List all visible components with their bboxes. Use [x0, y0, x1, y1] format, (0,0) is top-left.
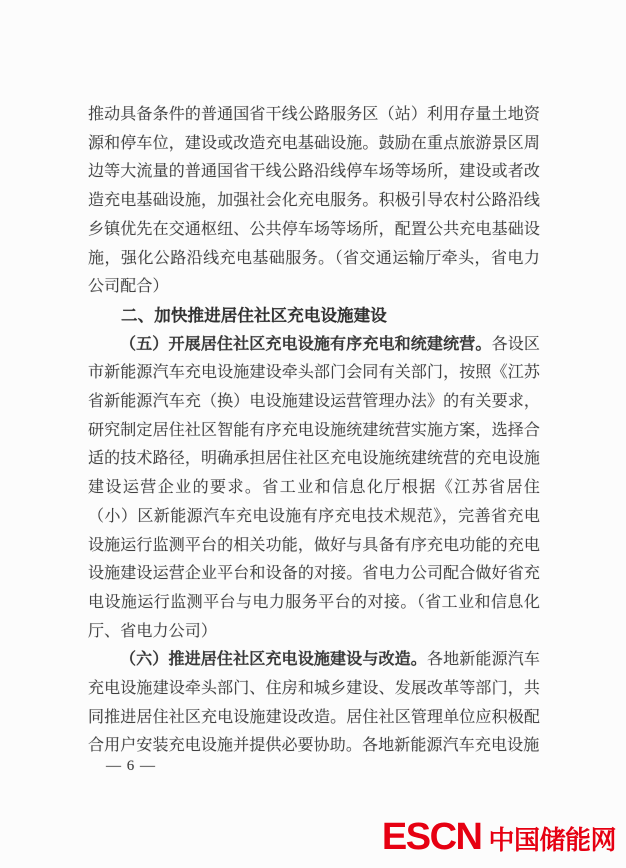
- page-number: — 6 —: [106, 756, 156, 776]
- paragraph-item-six-lead: （六）推进居住社区充电设施建设与改造。: [120, 651, 427, 668]
- paragraph-item-five-text: 各设区市新能源汽车充电设施建设牵头部门会同有关部门，按照《江苏省新能源汽车充（换…: [88, 336, 540, 611]
- document-page: 推动具备条件的普通国省干线公路服务区（站）利用存量土地资源和停车位，建设或改造充…: [0, 0, 626, 868]
- paragraph-item-five-lead: （五）开展居住社区充电设施有序充电和统建统营。: [120, 336, 492, 353]
- paragraph-item-six: （六）推进居住社区充电设施建设与改造。各地新能源汽车充电设施建设牵头部门、住房和…: [88, 646, 540, 761]
- document-text: 推动具备条件的普通国省干线公路服务区（站）利用存量土地资源和停车位，建设或改造充…: [88, 101, 540, 761]
- escn-logo: ESCN 中国储能网: [382, 818, 616, 856]
- escn-logo-latin: ESCN: [382, 818, 482, 856]
- section-heading-residential-charging: 二、加快推进居住社区充电设施建设: [88, 302, 540, 331]
- escn-logo-chinese: 中国储能网: [488, 827, 616, 853]
- paragraph-highway-charging: 推动具备条件的普通国省干线公路服务区（站）利用存量土地资源和停车位，建设或改造充…: [88, 101, 540, 302]
- paragraph-highway-charging-text: 推动具备条件的普通国省干线公路服务区（站）利用存量土地资源和停车位，建设或改造充…: [88, 106, 540, 267]
- paragraph-item-five: （五）开展居住社区充电设施有序充电和统建统营。各设区市新能源汽车充电设施建设牵头…: [88, 331, 540, 647]
